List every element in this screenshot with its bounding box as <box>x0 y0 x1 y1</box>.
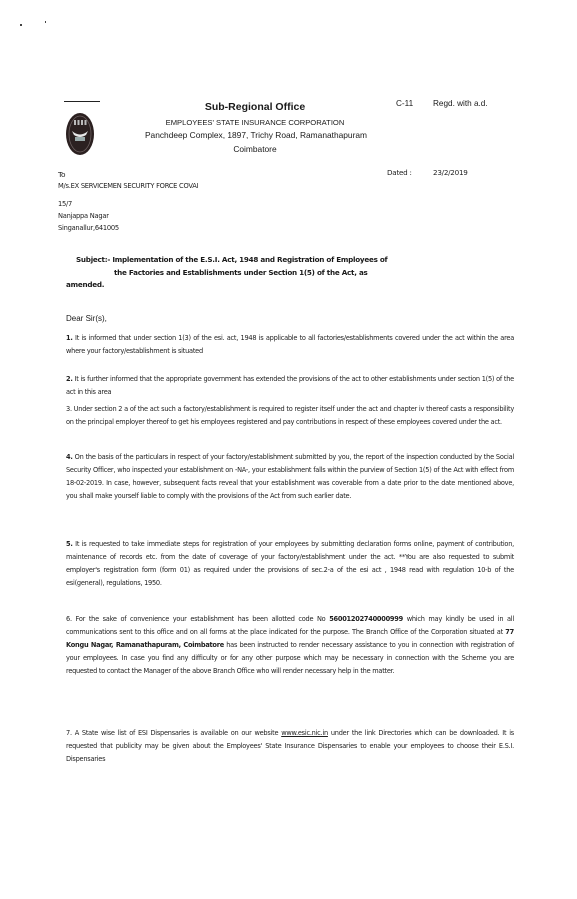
paragraph-4: 4. On the basis of the particulars in re… <box>66 451 514 503</box>
paragraph-number: 4. <box>66 453 73 461</box>
paragraph-7: 7. A State wise list of ESI Dispensaries… <box>66 727 514 766</box>
paragraph-text: It is informed that under section 1(3) o… <box>66 334 514 355</box>
subject-line: amended. <box>66 279 436 292</box>
scan-speck <box>45 21 46 23</box>
paragraph-5: 5. It is requested to take immediate ste… <box>66 538 514 590</box>
paragraph-number: 1. <box>66 334 73 342</box>
date-label: Dated : <box>387 168 412 177</box>
recipient-address-line: 15/7 <box>58 200 72 208</box>
scan-speck <box>20 24 22 26</box>
paragraph-text: In case, however, subsequent facts revea… <box>66 479 514 500</box>
paragraph-1: 1. It is informed that under section 1(3… <box>66 332 514 358</box>
paragraph-3: 3. Under section 2 a of the act such a f… <box>66 403 514 429</box>
subject-label: Subject:- <box>76 255 110 264</box>
subject: Subject:- Implementation of the E.S.I. A… <box>76 254 436 292</box>
recipient-name: M/s.EX SERVICEMEN SECURITY FORCE COVAI <box>58 182 198 190</box>
esic-emblem-icon <box>65 112 95 156</box>
subject-line: Implementation of the E.S.I. Act, 1948 a… <box>112 255 387 264</box>
paragraph-2: 2. It is further informed that the appro… <box>66 373 514 399</box>
emblem-rule <box>64 101 100 102</box>
employer-code: 56001202740000999 <box>329 615 403 623</box>
dispatch-note: Regd. with a.d. <box>433 99 488 108</box>
office-title: Sub-Regional Office <box>130 101 380 113</box>
paragraph-number: 7. <box>66 729 72 737</box>
paragraph-text: Under section 2 a of the act such a fact… <box>66 405 514 426</box>
paragraph-number: 3. <box>66 405 72 413</box>
paragraph-number: 6. <box>66 615 72 623</box>
recipient-address-line: Singanallur,641005 <box>58 224 119 232</box>
paragraph-text: It is requested to take immediate steps … <box>66 540 514 587</box>
recipient-address-line: Nanjappa Nagar <box>58 212 109 220</box>
website-link[interactable]: www.esic.nic.in <box>281 729 328 737</box>
paragraph-6: 6. For the sake of convenience your esta… <box>66 613 514 678</box>
paragraph-text: It is further informed that the appropri… <box>66 375 514 396</box>
form-code: C-11 <box>396 99 413 108</box>
paragraph-number: 2. <box>66 375 73 383</box>
organization-name: EMPLOYEES' STATE INSURANCE CORPORATION <box>130 118 380 127</box>
office-address: Panchdeep Complex, 1897, Trichy Road, Ra… <box>125 130 387 140</box>
paragraph-text: For the sake of convenience your establi… <box>76 615 326 623</box>
to-label: To <box>58 170 65 179</box>
paragraph-number: 5. <box>66 540 73 548</box>
paragraph-text: A State wise list of ESI Dispensaries is… <box>75 729 279 737</box>
date-value: 23/2/2019 <box>433 168 468 177</box>
office-city: Coimbatore <box>130 144 380 154</box>
subject-line: the Factories and Establishments under S… <box>76 267 436 280</box>
salutation: Dear Sir(s), <box>66 314 107 323</box>
